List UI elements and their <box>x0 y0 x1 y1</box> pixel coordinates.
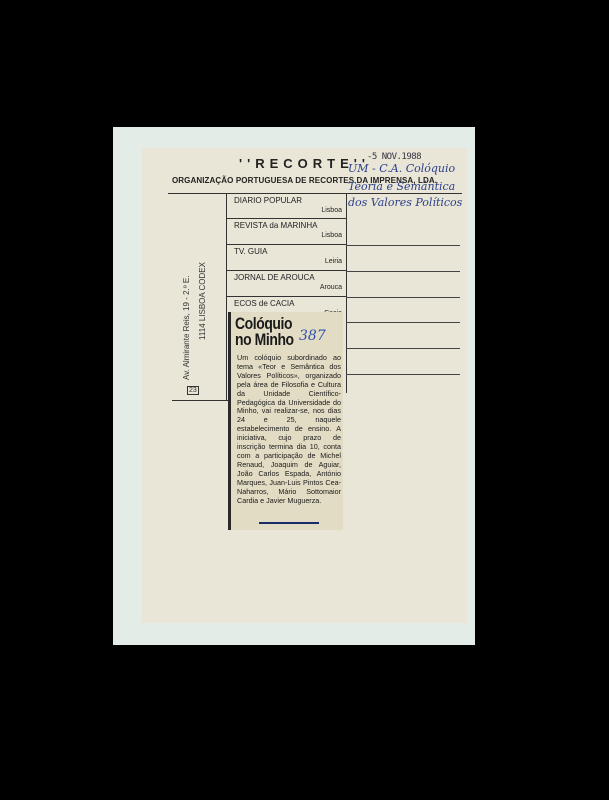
publication-name: TV. GUIA <box>234 247 268 256</box>
note-line <box>346 348 460 349</box>
publication-name: DIARIO POPULAR <box>234 196 302 205</box>
clipping-body-text: Um colóquio subordinado ao tema «Teor e … <box>237 354 341 505</box>
note-line <box>346 374 460 375</box>
left-column-baseline <box>172 400 228 401</box>
handwritten-note-line-1: UM - C.A. Colóquio <box>348 162 455 175</box>
publication-name: JORNAL DE AROUCA <box>234 273 315 282</box>
date-stamp: -5 NOV.1988 <box>367 152 421 162</box>
publication-city: Lisboa <box>321 207 342 214</box>
page-number: 23 <box>187 386 199 395</box>
ink-underline <box>259 522 319 524</box>
recorte-card: ''RECORTE'' ORGANIZAÇÃO PORTUGUESA DE RE… <box>142 148 467 623</box>
address-line-2: 1114 LISBOA CODEX <box>198 262 207 340</box>
handwritten-note-line-2: Teoria e Semântica <box>348 180 455 193</box>
publication-row: JORNAL DE AROUCA Arouca <box>226 270 346 296</box>
publication-city: Lisboa <box>321 232 342 239</box>
newspaper-clipping: Colóquio no Minho 387 Um colóquio subord… <box>228 312 343 530</box>
publication-city: Arouca <box>320 284 342 291</box>
publication-row: REVISTA da MARINHA Lisboa <box>226 218 346 244</box>
note-line <box>346 271 460 272</box>
publication-name: REVISTA da MARINHA <box>234 221 317 230</box>
handwritten-clipping-number: 387 <box>299 328 326 344</box>
publication-column-right-rule <box>346 193 347 393</box>
note-line <box>346 297 460 298</box>
clipping-headline: Colóquio no Minho <box>235 316 294 348</box>
clipping-headline-line-2: no Minho <box>235 332 294 348</box>
publication-row: TV. GUIA Leiria <box>226 244 346 270</box>
note-line <box>346 245 460 246</box>
publication-row: DIARIO POPULAR Lisboa <box>226 193 346 219</box>
publication-name: ECOS de CACIA <box>234 299 294 308</box>
address-line-1: Av. Almirante Reis, 19 - 2.º E. <box>182 276 191 380</box>
note-line <box>346 322 460 323</box>
publication-city: Leiria <box>325 258 342 265</box>
handwritten-note-line-3: dos Valores Políticos <box>348 196 462 209</box>
